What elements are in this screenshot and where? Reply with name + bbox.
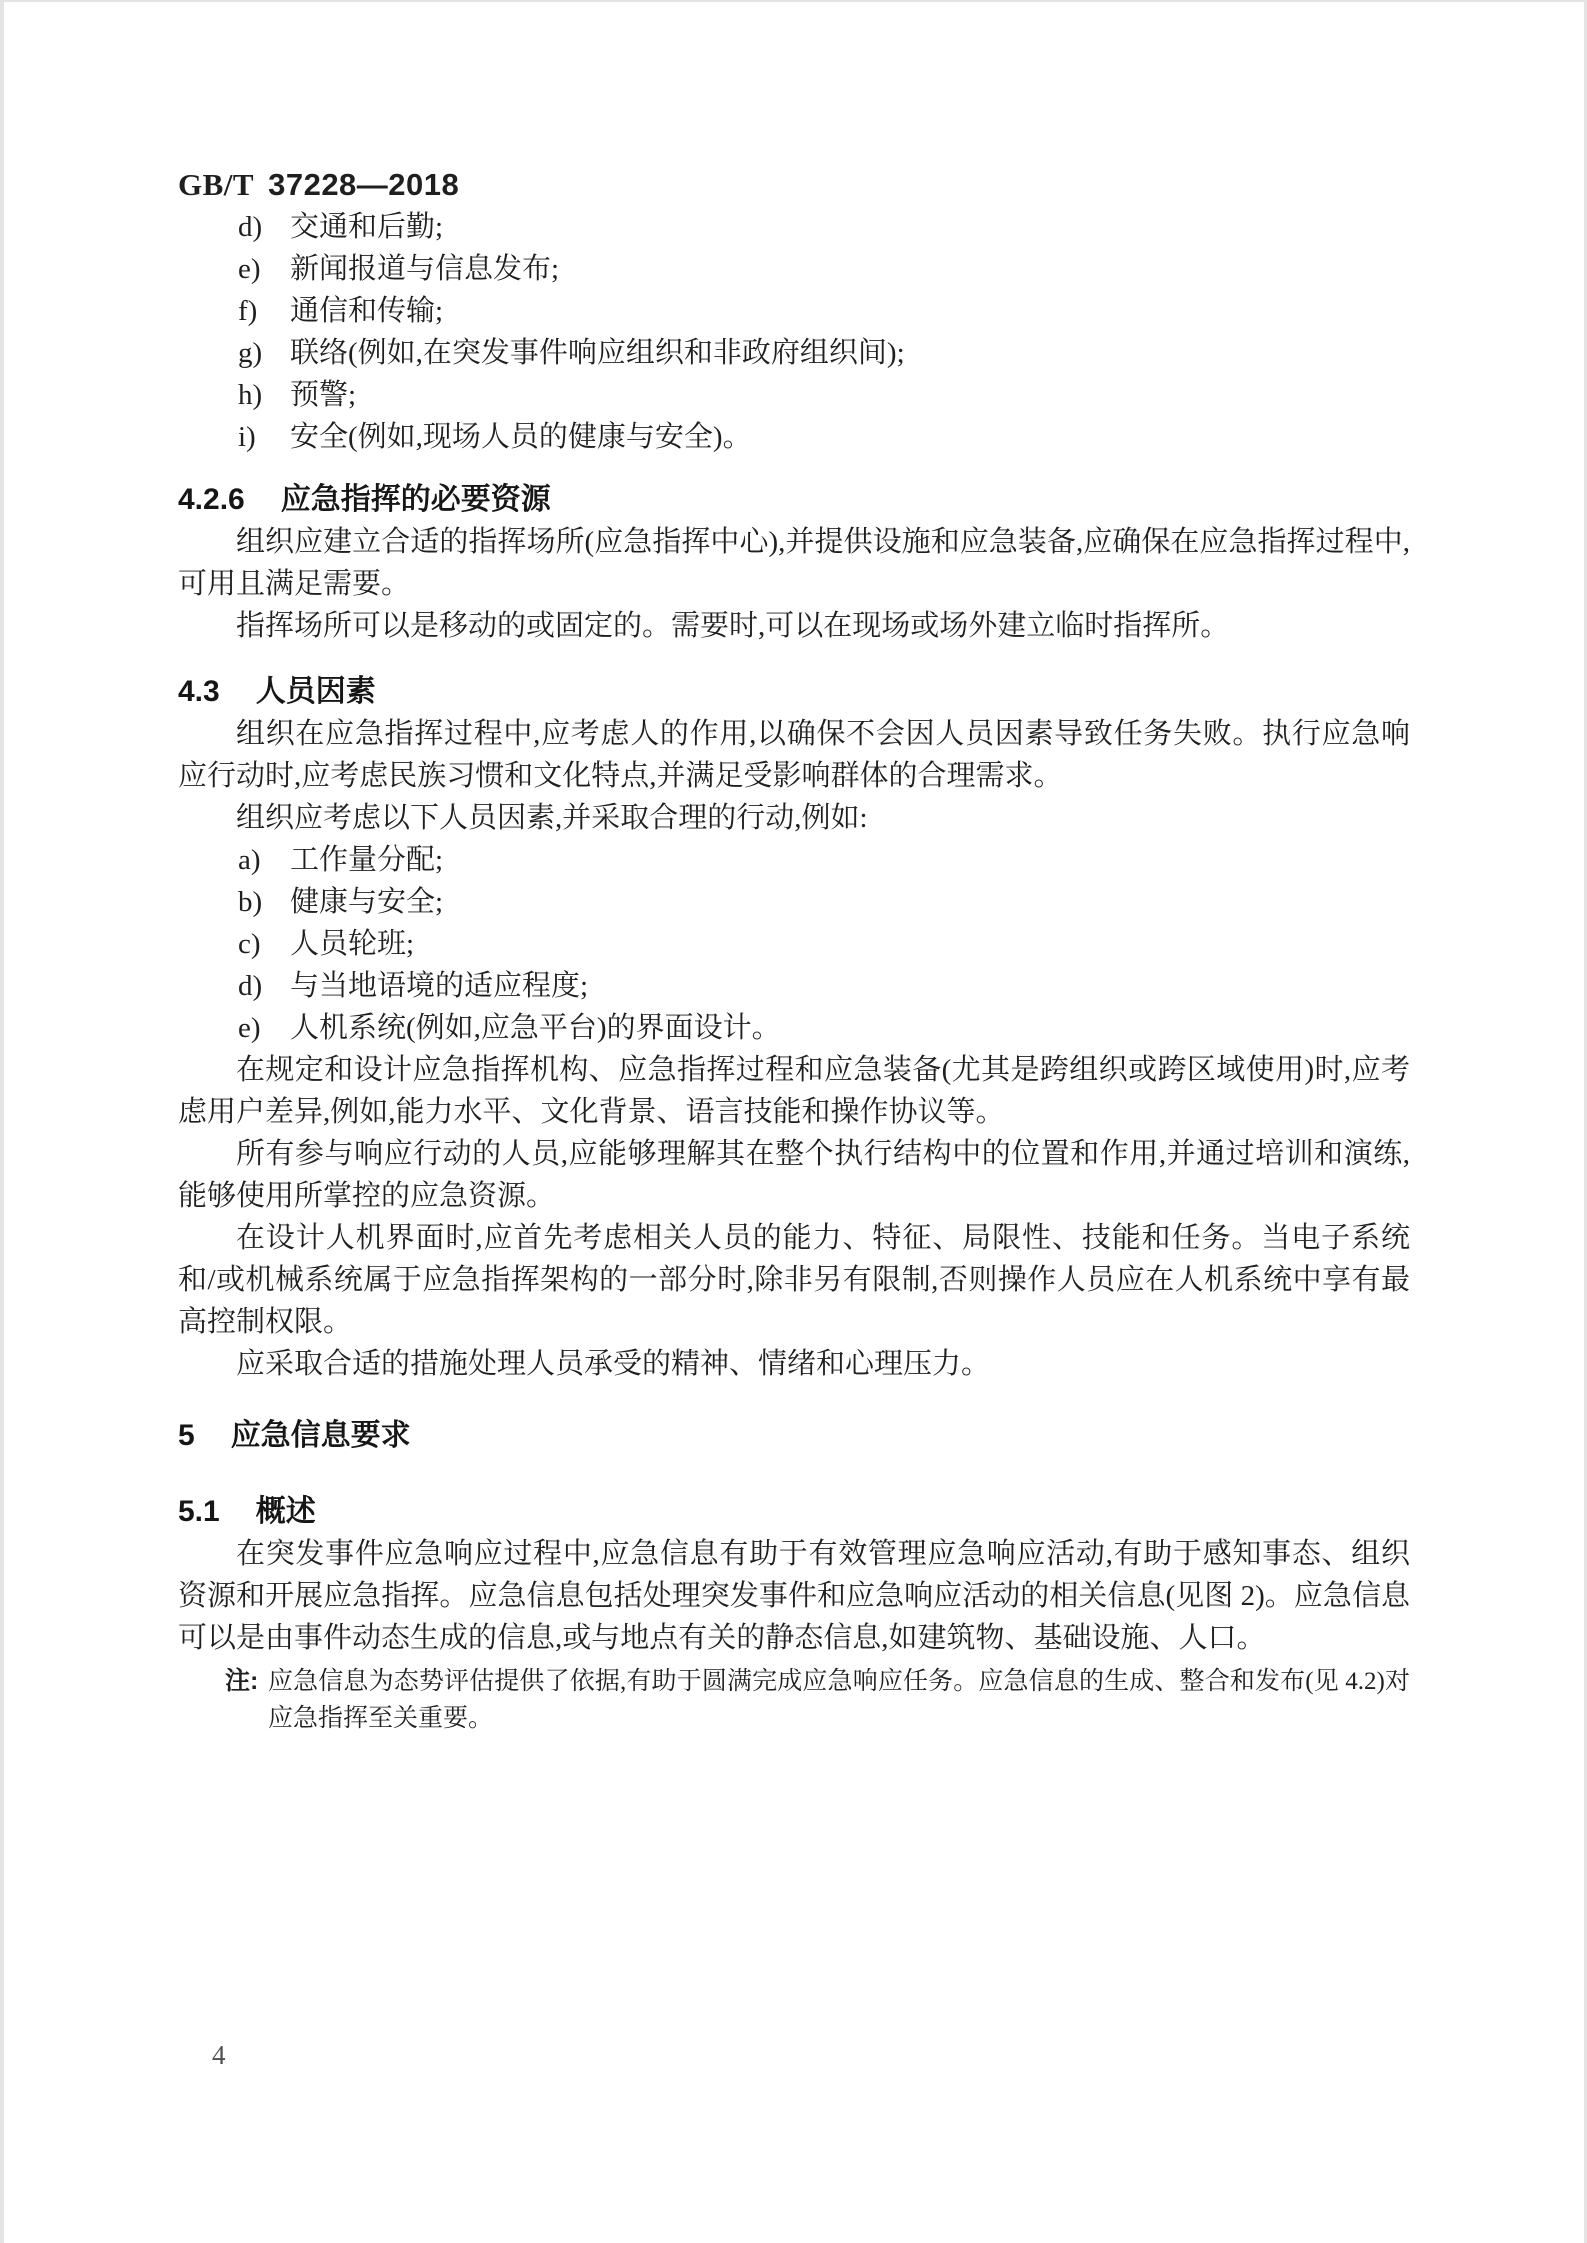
standard-prefix: GB/T (178, 167, 254, 202)
list-item-text: 交通和后勤; (290, 211, 443, 243)
list-item-marker: c) (238, 923, 261, 965)
scan-edge-left (0, 0, 4, 2243)
list-item-text: 与当地语境的适应程度; (290, 970, 588, 1002)
paragraph: 指挥场所可以是移动的或固定的。需要时,可以在现场或场外建立临时指挥所。 (178, 605, 1410, 647)
list-item-text: 通信和传输; (290, 295, 443, 327)
scan-edge-top (0, 0, 1587, 2)
page-number: 4 (212, 2040, 226, 2070)
clause-heading-5: 5应急信息要求 (178, 1415, 1410, 1457)
list-item-marker: d) (238, 206, 262, 248)
running-head: GB/T37228—2018 (178, 164, 1410, 206)
list-item-marker: h) (238, 374, 262, 416)
note-text: 应急信息为态势评估提供了依据,有助于圆满完成应急响应任务。应急信息的生成、整合和… (268, 1668, 1410, 1732)
list-item-marker: i) (238, 416, 256, 458)
list-item: i) 安全(例如,现场人员的健康与安全)。 (178, 416, 1410, 458)
list-item-marker: b) (238, 881, 262, 923)
paragraph: 在突发事件应急响应过程中,应急信息有助于有效管理应急响应活动,有助于感知事态、组… (178, 1533, 1410, 1659)
paragraph: 组织在应急指挥过程中,应考虑人的作用,以确保不会因人员因素导致任务失败。执行应急… (178, 713, 1410, 797)
clause-number: 5 (178, 1419, 195, 1452)
page-content: GB/T37228—2018 d) 交通和后勤; e) 新闻报道与信息发布; f… (178, 164, 1410, 1737)
note-block: 注: 应急信息为态势评估提供了依据,有助于圆满完成应急响应任务。应急信息的生成、… (178, 1663, 1410, 1737)
clause-number: 4.2.6 (178, 483, 245, 516)
list-item-text: 联络(例如,在突发事件响应组织和非政府组织间); (290, 337, 905, 369)
list-item-marker: a) (238, 839, 261, 881)
paragraph: 在设计人机界面时,应首先考虑相关人员的能力、特征、局限性、技能和任务。当电子系统… (178, 1217, 1410, 1343)
list-item-marker: f) (238, 290, 257, 332)
list-item-text: 人员轮班; (290, 928, 414, 960)
list-item-marker: e) (238, 1007, 261, 1049)
clause-heading-4-3: 4.3人员因素 (178, 671, 1410, 713)
list-item: e) 新闻报道与信息发布; (178, 248, 1410, 290)
list-item-marker: e) (238, 248, 261, 290)
paragraph: 所有参与响应行动的人员,应能够理解其在整个执行结构中的位置和作用,并通过培训和演… (178, 1133, 1410, 1217)
clause-title: 应急信息要求 (231, 1419, 411, 1452)
list-item: d) 交通和后勤; (178, 206, 1410, 248)
list-item: c) 人员轮班; (178, 923, 1410, 965)
list-item-text: 新闻报道与信息发布; (290, 253, 559, 285)
list-item-text: 人机系统(例如,应急平台)的界面设计。 (290, 1012, 781, 1044)
clause-heading-4-2-6: 4.2.6应急指挥的必要资源 (178, 479, 1410, 521)
standard-number: 37228—2018 (268, 167, 459, 202)
paragraph: 组织应考虑以下人员因素,并采取合理的行动,例如: (178, 797, 1410, 839)
clause-number: 5.1 (178, 1495, 220, 1528)
clause-heading-5-1: 5.1概述 (178, 1491, 1410, 1533)
list-item: g) 联络(例如,在突发事件响应组织和非政府组织间); (178, 332, 1410, 374)
list-item-text: 健康与安全; (290, 886, 443, 918)
list-item: e) 人机系统(例如,应急平台)的界面设计。 (178, 1007, 1410, 1049)
list-item-text: 安全(例如,现场人员的健康与安全)。 (290, 421, 752, 453)
paragraph: 组织应建立合适的指挥场所(应急指挥中心),并提供设施和应急装备,应确保在应急指挥… (178, 521, 1410, 605)
clause-number: 4.3 (178, 675, 220, 708)
clause-title: 人员因素 (256, 675, 376, 708)
paragraph: 应采取合适的措施处理人员承受的精神、情绪和心理压力。 (178, 1343, 1410, 1385)
human-factors-list: a) 工作量分配; b) 健康与安全; c) 人员轮班; d) 与当地语境的适应… (178, 839, 1410, 1049)
list-item-text: 预警; (290, 379, 356, 411)
clause-title: 概述 (256, 1495, 316, 1528)
document-page: GB/T37228—2018 d) 交通和后勤; e) 新闻报道与信息发布; f… (0, 0, 1587, 2243)
paragraph: 在规定和设计应急指挥机构、应急指挥过程和应急装备(尤其是跨组织或跨区域使用)时,… (178, 1049, 1410, 1133)
list-item-text: 工作量分配; (290, 844, 443, 876)
list-item: a) 工作量分配; (178, 839, 1410, 881)
list-item-marker: d) (238, 965, 262, 1007)
list-item: b) 健康与安全; (178, 881, 1410, 923)
note-label: 注: (225, 1663, 258, 1700)
list-item-marker: g) (238, 332, 262, 374)
list-item: f) 通信和传输; (178, 290, 1410, 332)
clause-title: 应急指挥的必要资源 (281, 483, 551, 516)
list-item: d) 与当地语境的适应程度; (178, 965, 1410, 1007)
list-item: h) 预警; (178, 374, 1410, 416)
resource-list: d) 交通和后勤; e) 新闻报道与信息发布; f) 通信和传输; g) 联络(… (178, 206, 1410, 458)
